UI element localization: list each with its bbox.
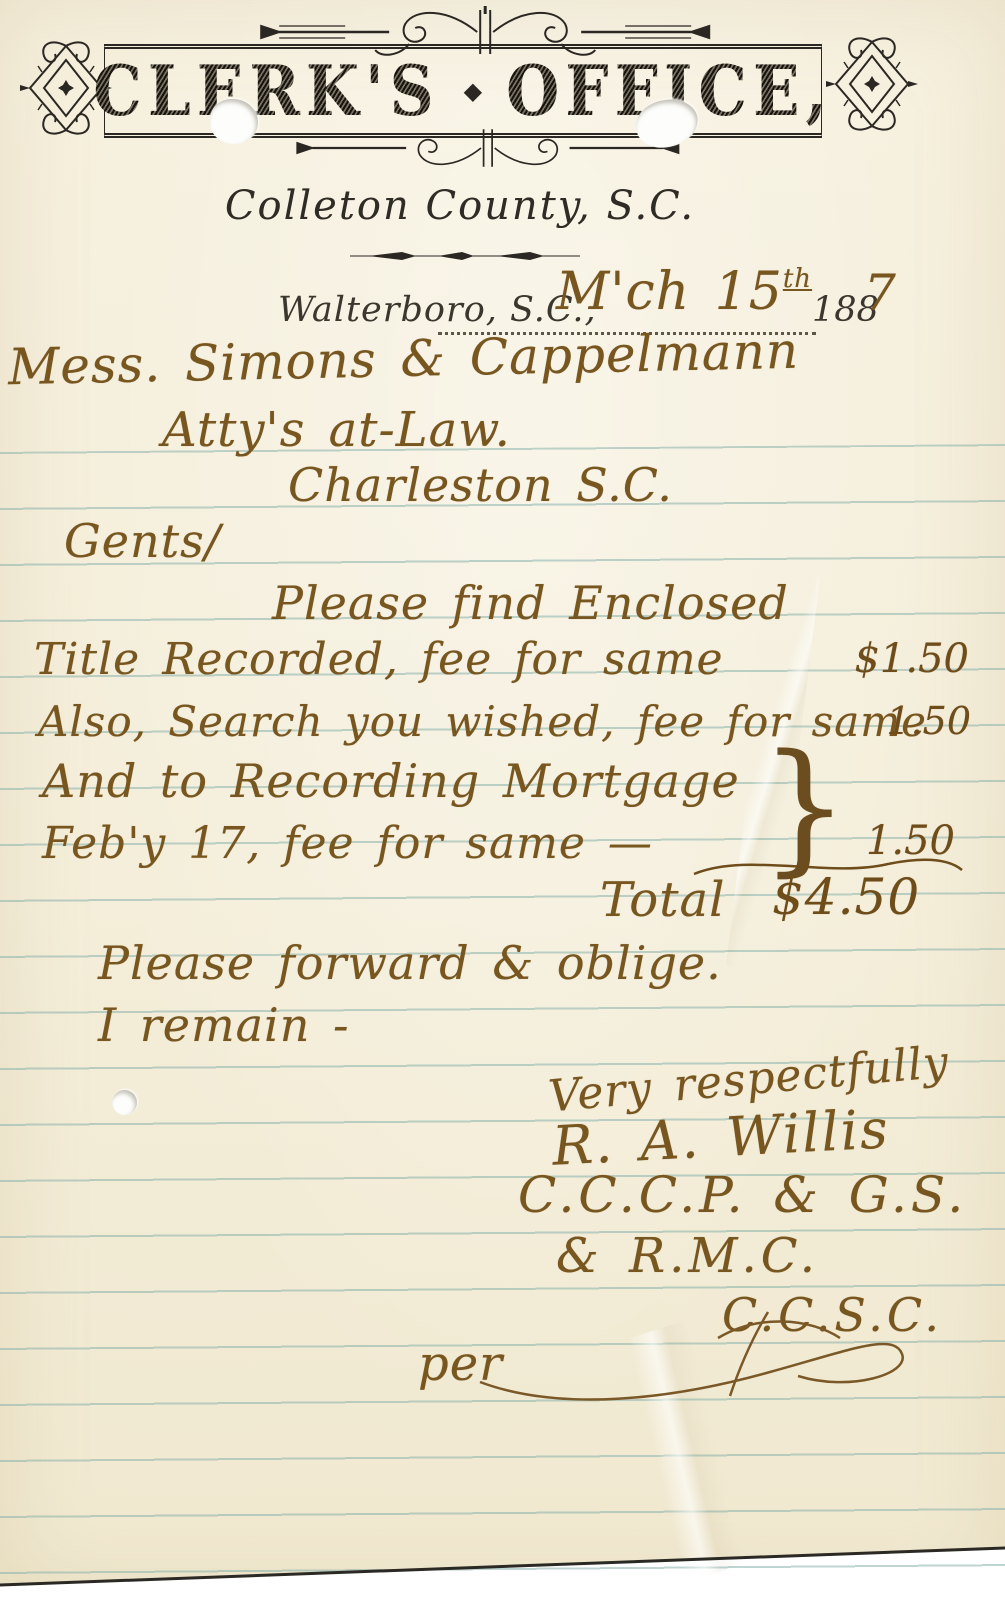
recipient-line-3: Charleston S.C. bbox=[288, 458, 673, 512]
signature-title-1: C.C.C.P. & G.S. bbox=[518, 1166, 967, 1224]
bottom-flourish-icon bbox=[287, 124, 687, 172]
closing-line-1: Please forward & oblige. bbox=[98, 936, 722, 990]
fee-item-text: Title Recorded, fee for same bbox=[34, 634, 724, 685]
right-filigree-icon bbox=[822, 32, 922, 136]
fee-item-amount: 1.50 bbox=[886, 699, 971, 743]
recipient-line-2: Atty's at-Law. bbox=[162, 402, 511, 458]
fee-item-row: Title Recorded, fee for same $1.50 bbox=[30, 634, 977, 690]
handwritten-year-digit: 7 bbox=[864, 264, 897, 322]
total-label: Total bbox=[600, 872, 725, 928]
date-ordinal: th bbox=[783, 264, 812, 294]
divider-ornament-icon bbox=[350, 248, 580, 269]
closing-line-2: I remain - bbox=[98, 998, 350, 1052]
signature-flourish-icon bbox=[470, 1300, 930, 1425]
fee-item-text: And to Recording Mortgage bbox=[42, 754, 740, 808]
salutation: Gents/ bbox=[64, 514, 221, 568]
hole-punch bbox=[112, 1090, 137, 1115]
fee-item-amount: $1.50 bbox=[854, 636, 969, 682]
letterhead-title-word-clerks: CLERK'S bbox=[93, 56, 439, 126]
handwritten-date: M'ch 15th bbox=[556, 262, 812, 322]
letterhead-subtitle: Colleton County, S.C. bbox=[150, 183, 770, 229]
hole-punch bbox=[210, 99, 258, 144]
scanned-letter-page: CLERK'S ◆ OFFICE, bbox=[0, 0, 1005, 1600]
fee-item-text: Feb'y 17, fee for same — bbox=[42, 818, 653, 869]
total-amount: $4.50 bbox=[772, 868, 920, 926]
opening-line: Please find Enclosed bbox=[272, 576, 789, 630]
signature-title-2: & R.M.C. bbox=[556, 1228, 819, 1284]
title-separator-ornament-icon: ◆ bbox=[464, 77, 482, 106]
printed-place: Walterboro, S.C., bbox=[278, 290, 597, 330]
